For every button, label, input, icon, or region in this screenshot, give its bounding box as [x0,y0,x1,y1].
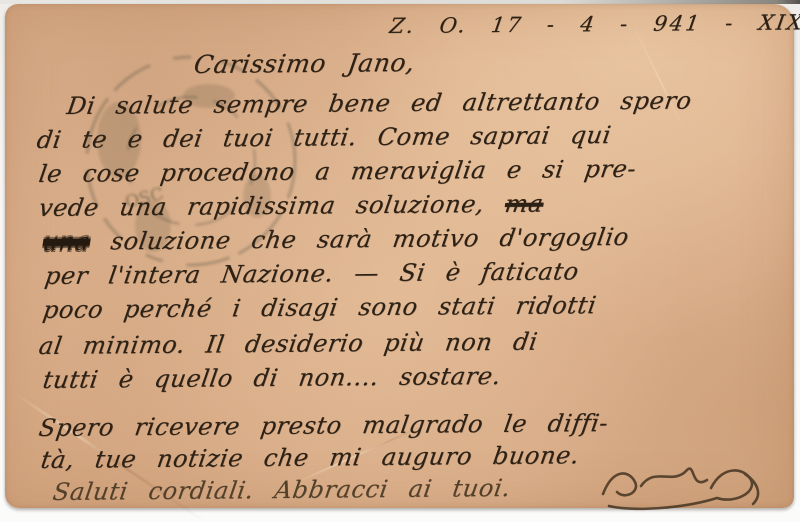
signature-flourish [595,460,775,518]
handwritten-line: di te e dei tuoi tutti. Come saprai qui [35,121,613,154]
handwritten-line: vede una rapidissima soluzione, ma [37,190,546,222]
handwritten-line: tà, tue notizie che mi auguro buone. [39,441,581,474]
postcard-scan: { "document_type": "scanned handwritten … [0,0,800,522]
handwritten-line: le cose procedono a meraviglia e si pre- [37,155,638,188]
handwritten-line: Di salute sempre bene ed altrettanto spe… [65,87,694,120]
greeting-line: Carissimo Jano, [192,48,417,79]
closing-line: Saluti cordiali. Abbracci ai tuoi. [51,474,513,506]
handwritten-line: una soluzione che sarà motivo d'orgoglio [41,223,631,256]
handwritten-line: poco perché i disagi sono stati ridotti [41,291,598,324]
handwritten-line: al minimo. Il desiderio più non di [37,328,540,360]
handwritten-line: per l'intera Nazione. — Si è faticato [43,257,581,290]
paper-crease [632,25,686,134]
postcard-paper: OSC Z. O. 17 - 4 - 941 - XIX, Carissimo … [5,4,794,508]
handwritten-line: tutti è quello di non.... sostare. [41,362,503,394]
handwritten-line: Spero ricevere presto malgrado le diffi- [37,409,610,442]
date-line: Z. O. 17 - 4 - 941 - XIX, [388,10,800,38]
struck-out-word: una [41,228,92,256]
line-text: soluzione che sarà motivo d'orgoglio [109,223,631,256]
line-text: vede una rapidissima soluzione, [37,190,486,222]
struck-out-word: ma [503,190,546,218]
